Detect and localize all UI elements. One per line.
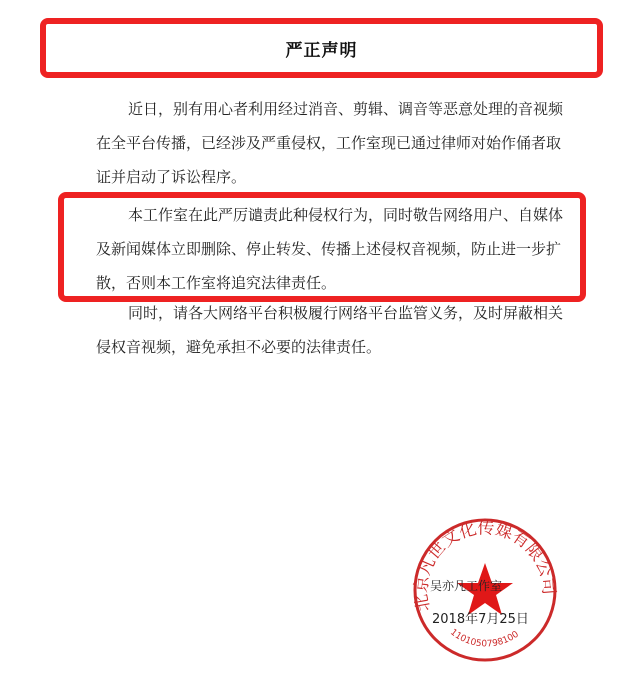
paragraph-1: 近日，别有用心者利用经过消音、剪辑、调音等恶意处理的音视频在全平台传播，已经涉及… — [96, 92, 566, 194]
paragraph-3: 同时，请各大网络平台积极履行网络平台监管义务，及时屏蔽相关侵权音视频，避免承担不… — [96, 296, 566, 364]
paragraph-2: 本工作室在此严厉谴责此种侵权行为，同时敬告网络用户、自媒体及新闻媒体立即删除、停… — [96, 198, 566, 300]
signature-name: 吴亦凡工作室 — [430, 577, 502, 594]
title-highlight-box: 严正声明 — [40, 18, 603, 78]
signature-date: 2018年7月25日 — [432, 608, 529, 627]
document-title: 严正声明 — [46, 36, 597, 61]
seal-number: 1101050798100 — [448, 628, 521, 650]
svg-text:1101050798100: 1101050798100 — [448, 628, 521, 650]
